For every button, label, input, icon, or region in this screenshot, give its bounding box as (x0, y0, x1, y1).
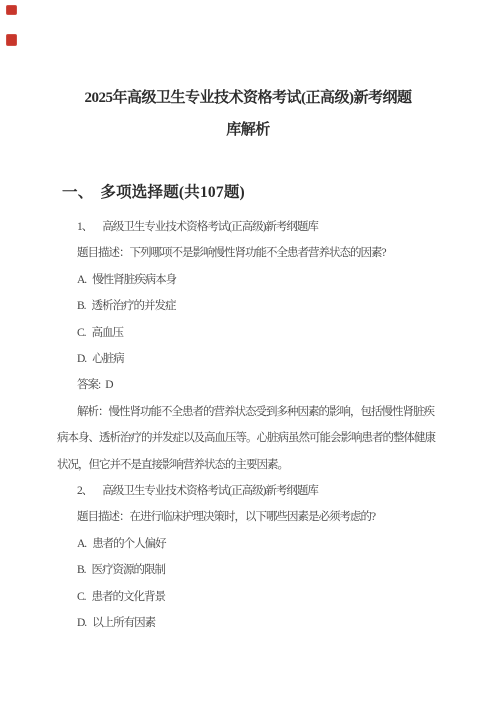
question-description: 题目描述：下列哪项不是影响慢性肾功能不全患者营养状态的因素? (57, 240, 439, 266)
question-source-title: 高级卫生专业技术资格考试(正高级)新考纲题库 (102, 221, 318, 233)
option-text: 心脏病 (92, 353, 124, 365)
question-block-1: 1、高级卫生专业技术资格考试(正高级)新考纲题库 题目描述：下列哪项不是影响慢性… (57, 214, 439, 478)
analysis-paragraph: 解析：慢性肾功能不全患者的营养状态受到多种因素的影响，包括慢性肾脏疾病本身、透析… (57, 399, 439, 478)
option-row: C.患者的文化背景 (57, 584, 439, 610)
option-row: D.以上所有因素 (57, 610, 439, 636)
option-row: A.患者的个人偏好 (57, 531, 439, 557)
option-row: B.医疗资源的限制 (57, 557, 439, 583)
answer-value: D (105, 379, 112, 391)
option-text: 以上所有因素 (92, 617, 155, 629)
question-number: 2、 (77, 485, 92, 497)
option-text: 患者的文化背景 (92, 591, 166, 603)
document-title-line2: 库解析 (57, 114, 439, 146)
option-letter: D. (77, 617, 86, 629)
question-block-2: 2、高级卫生专业技术资格考试(正高级)新考纲题库 题目描述：在进行临床护理决策时… (57, 478, 439, 636)
option-letter: B. (77, 300, 86, 312)
document-title: 2025年高级卫生专业技术资格考试(正高级)新考纲题 库解析 (57, 82, 439, 146)
option-letter: D. (77, 353, 86, 365)
option-text: 透析治疗的并发症 (92, 300, 176, 312)
option-row: B.透析治疗的并发症 (57, 293, 439, 319)
questions-list: 1、高级卫生专业技术资格考试(正高级)新考纲题库 题目描述：下列哪项不是影响慢性… (57, 214, 439, 637)
red-stamp-icon (6, 5, 17, 15)
option-row: D.心脏病 (57, 346, 439, 372)
option-text: 医疗资源的限制 (92, 564, 166, 576)
option-text: 高血压 (92, 327, 124, 339)
option-letter: C. (77, 591, 86, 603)
document-title-line1: 2025年高级卫生专业技术资格考试(正高级)新考纲题 (57, 82, 439, 114)
option-letter: C. (77, 327, 86, 339)
option-row: A.慢性肾脏疾病本身 (57, 267, 439, 293)
option-row: C.高血压 (57, 320, 439, 346)
question-heading: 2、高级卫生专业技术资格考试(正高级)新考纲题库 (57, 478, 439, 504)
section-heading-number: 一、 (62, 184, 93, 201)
question-number: 1、 (77, 221, 92, 233)
section-heading: 一、多项选择题(共107题) (62, 180, 439, 202)
section-heading-text: 多项选择题(共107题) (100, 184, 244, 201)
red-stamp-icon (6, 34, 17, 46)
question-description: 题目描述：在进行临床护理决策时，以下哪些因素是必须考虑的? (57, 504, 439, 530)
question-source-title: 高级卫生专业技术资格考试(正高级)新考纲题库 (102, 485, 318, 497)
option-text: 患者的个人偏好 (92, 538, 166, 550)
option-letter: A. (77, 274, 86, 286)
option-letter: A. (77, 538, 86, 550)
question-heading: 1、高级卫生专业技术资格考试(正高级)新考纲题库 (57, 214, 439, 240)
option-letter: B. (77, 564, 86, 576)
answer-label: 答案: (77, 379, 100, 391)
answer-row: 答案:D (57, 372, 439, 398)
option-text: 慢性肾脏疾病本身 (92, 274, 176, 286)
document-page: 2025年高级卫生专业技术资格考试(正高级)新考纲题 库解析 一、多项选择题(共… (57, 0, 439, 637)
